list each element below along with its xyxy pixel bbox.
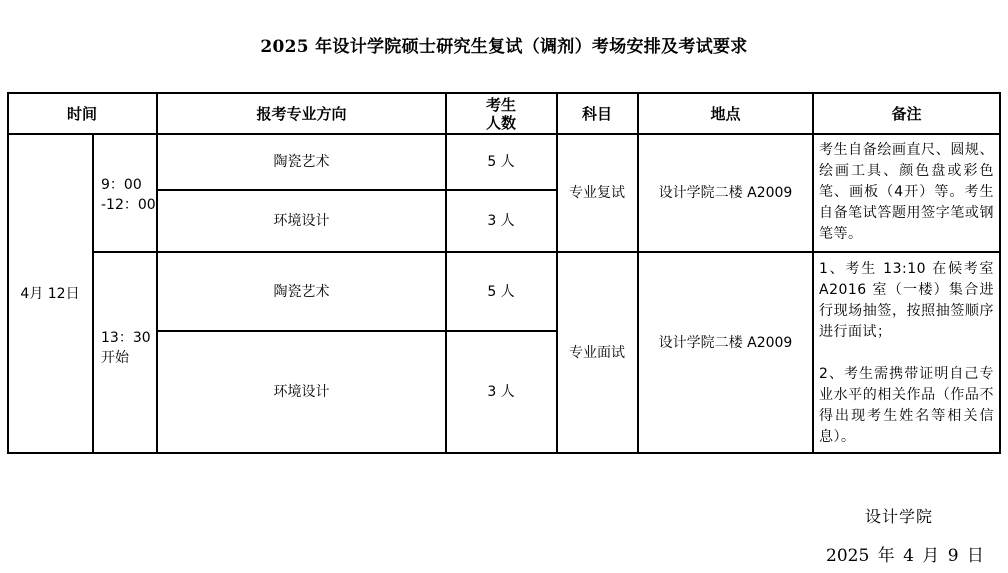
header-location: 地点 (638, 93, 813, 134)
table-row-major: 陶瓷艺术 (157, 134, 446, 190)
session-1-subject: 专业复试 (557, 134, 637, 252)
table-row-count: 3 人 (446, 190, 556, 252)
table-row-count: 3 人 (446, 331, 556, 453)
header-major: 报考专业方向 (157, 93, 446, 134)
session-1-time: 9：00 -12：00 (93, 134, 156, 252)
session-2-note-1: 1、考生 13:10 在候考室 A2016 室（一楼）集合进行现场抽签，按照抽签… (819, 259, 994, 343)
session-2-location: 设计学院二楼 A2009 (638, 252, 813, 434)
note-spacer (819, 343, 994, 364)
table-row-count: 5 人 (446, 134, 556, 190)
header-notes: 备注 (813, 93, 1000, 134)
table-row-major: 环境设计 (157, 190, 446, 252)
header-count-line1: 考生 (486, 96, 516, 114)
header-time: 时间 (8, 93, 156, 134)
session-2-time: 13：30 开始 (93, 252, 156, 453)
date-cell: 4月 12日 (8, 134, 92, 453)
session-1-note: 考生自备绘画直尺、圆规、绘画工具、颜色盘或彩色笔、画板（4开）等。考生自备笔试答… (819, 140, 994, 245)
session-1-notes: 考生自备绘画直尺、圆规、绘画工具、颜色盘或彩色笔、画板（4开）等。考生自备笔试答… (813, 140, 1000, 245)
session-1-location: 设计学院二楼 A2009 (638, 134, 813, 252)
session-2-note-2: 2、考生需携带证明自己专业水平的相关作品（作品不得出现考生姓名等相关信息）。 (819, 364, 994, 448)
session-2-subject: 专业面试 (557, 252, 637, 453)
session-1-time-end: -12：00 (101, 195, 156, 215)
exam-schedule-table: 时间 报考专业方向 考生 人数 科目 地点 备注 4月 12日 9：00 -12… (0, 0, 1008, 573)
header-count: 考生 人数 (446, 93, 556, 134)
session-2-time-start: 13：30 (101, 328, 151, 348)
signature-organization: 设计学院 (865, 507, 933, 527)
header-count-line2: 人数 (486, 114, 516, 132)
session-2-notes: 1、考生 13:10 在候考室 A2016 室（一楼）集合进行现场抽签，按照抽签… (813, 259, 1000, 448)
session-2-time-note: 开始 (101, 348, 129, 368)
session-1-time-start: 9：00 (101, 175, 142, 195)
header-subject: 科目 (557, 93, 637, 134)
table-row-major: 环境设计 (157, 331, 446, 453)
signature-date: 2025 年 4 月 9 日 (826, 546, 984, 566)
table-row-count: 5 人 (446, 252, 556, 331)
table-row-major: 陶瓷艺术 (157, 252, 446, 331)
